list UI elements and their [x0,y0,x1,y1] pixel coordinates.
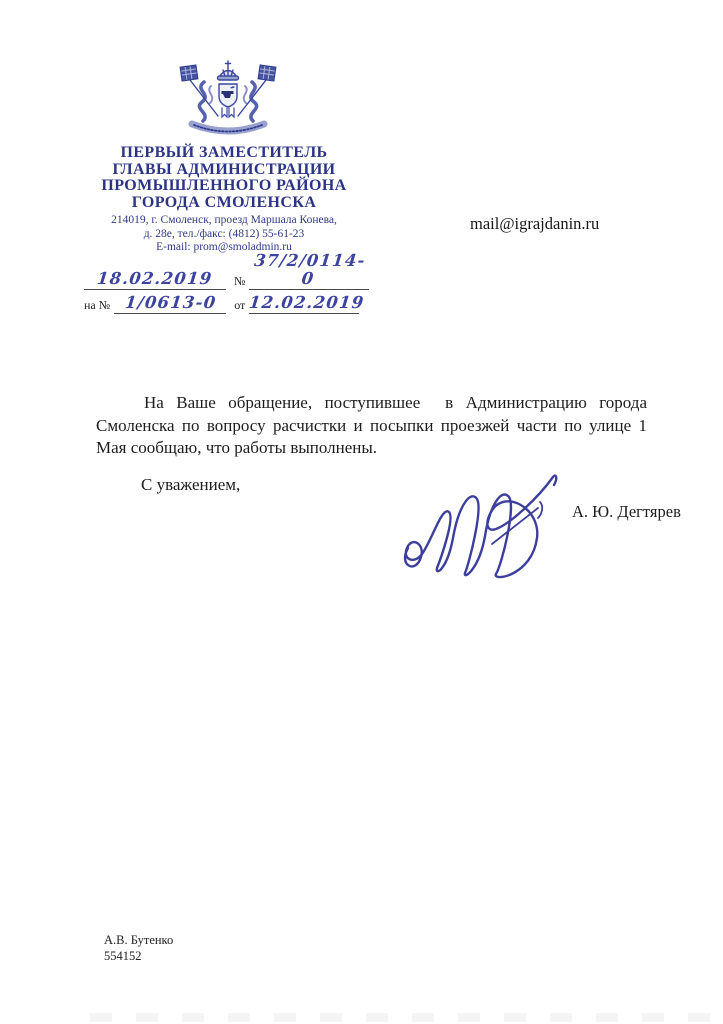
outgoing-date-handwritten: 18.02.2019 [96,270,213,288]
scanned-letter-page: ПЕРВЫЙ ЗАМЕСТИТЕЛЬ ГЛАВЫ АДМИНИСТРАЦИИ П… [0,0,723,1024]
outgoing-reference-row: 18.02.2019 № 37/2/0114-0 [84,252,384,290]
signer-name: А. Ю. Дегтярев [572,502,681,522]
scanner-edge-artifact [90,1013,723,1022]
executor-footer: А.В. Бутенко 554152 [104,932,173,964]
recipient-email: mail@igrajdanin.ru [470,214,599,234]
number-sign-label: № [226,274,249,290]
reference-block: 18.02.2019 № 37/2/0114-0 на № 1/0613-0 о… [84,252,384,318]
letterhead-title: ПЕРВЫЙ ЗАМЕСТИТЕЛЬ ГЛАВЫ АДМИНИСТРАЦИИ П… [78,145,370,211]
outgoing-number-field: 37/2/0114-0 [249,252,369,290]
incoming-reference-row: на № 1/0613-0 от 12.02.2019 [84,294,384,314]
incoming-number-handwritten: 1/0613-0 [124,294,217,312]
from-label: от [226,298,249,314]
outgoing-number-handwritten: 37/2/0114-0 [248,252,372,288]
handwritten-signature-icon [392,466,568,580]
executor-name: А.В. Бутенко [104,932,173,948]
closing-phrase: С уважением, [141,475,240,495]
incoming-date-field: 12.02.2019 [249,294,359,314]
incoming-number-field: 1/0613-0 [114,294,226,314]
smolensk-coat-of-arms-icon [178,60,278,144]
letter-body-paragraph: На Ваше обращение, поступившее в Админис… [96,392,647,460]
letterhead-title-line: ГЛАВЫ АДМИНИСТРАЦИИ [78,162,370,179]
letterhead-title-line: ПЕРВЫЙ ЗАМЕСТИТЕЛЬ [78,145,370,162]
letterhead-address: 214019, г. Смоленск, проезд Маршала Коне… [78,214,370,255]
address-line: 214019, г. Смоленск, проезд Маршала Коне… [78,214,370,228]
address-line: д. 28е, тел./факс: (4812) 55-61-23 [78,228,370,242]
letterhead-title-line: ГОРОДА СМОЛЕНСКА [78,195,370,212]
outgoing-date-field: 18.02.2019 [84,270,226,290]
letterhead-title-line: ПРОМЫШЛЕННОГО РАЙОНА [78,178,370,195]
executor-phone: 554152 [104,948,173,964]
incoming-number-label: на № [84,298,114,314]
incoming-date-handwritten: 12.02.2019 [248,294,365,312]
